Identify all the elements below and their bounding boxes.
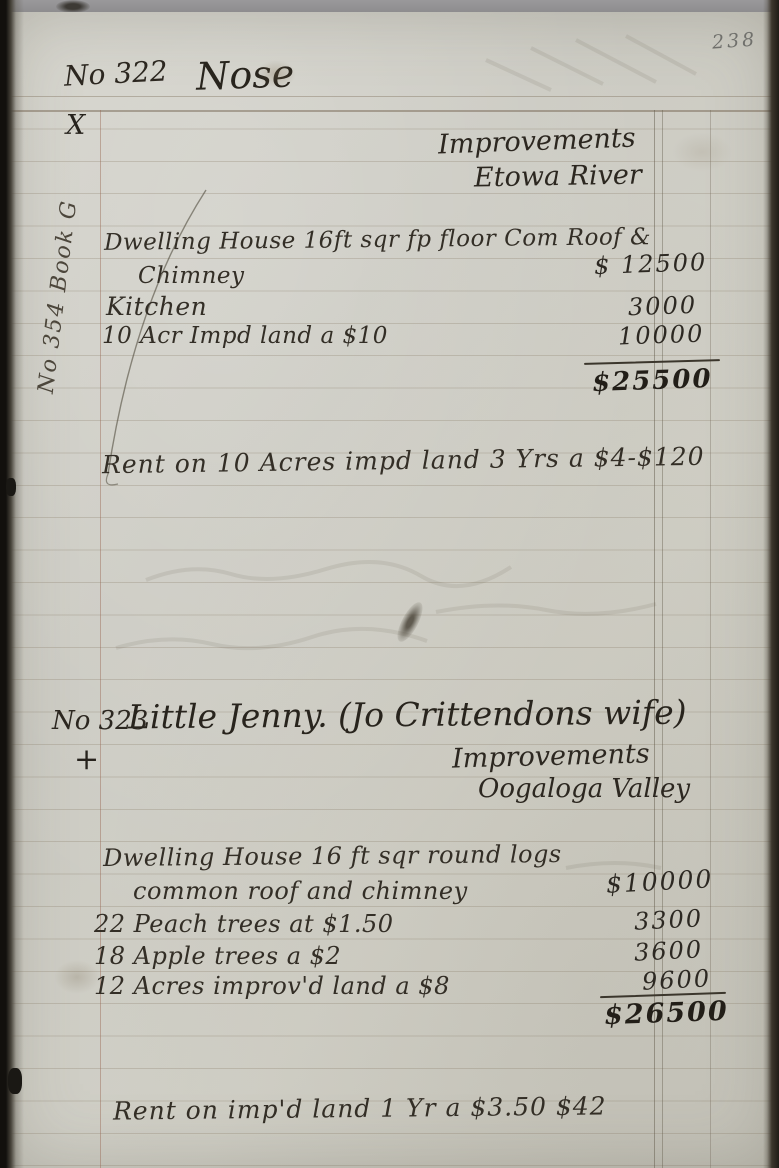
entry1-location: Etowa River: [474, 162, 642, 192]
entry1-item3-amount: 10000: [618, 322, 705, 349]
binding-notch-1: [8, 1068, 22, 1094]
entry2-item1-amount: $10000: [605, 866, 714, 897]
entry2-name: Little Jenny. (Jo Crittendons wife): [128, 696, 687, 734]
entry2-item4-amount: 9600: [641, 966, 711, 994]
entry1-item2-amount: 3000: [628, 293, 698, 319]
entry2-total: $26500: [604, 998, 730, 1029]
binding-notch-2: [6, 478, 16, 496]
entry2-item4-desc: 12 Acres improv'd land a $8: [94, 974, 450, 998]
entry2-item1-line1: Dwelling House 16 ft sqr round logs: [103, 842, 562, 870]
page-right-edge: [763, 0, 779, 1168]
entry1-item1-line2: Chimney: [138, 265, 245, 288]
entry2-item2-desc: 22 Peach trees at $1.50: [94, 912, 394, 936]
entry1-item3-desc: 10 Acr Impd land a $10: [102, 325, 388, 348]
entry1-item1-line1: Dwelling House 16ft sqr fp floor Com Roo…: [104, 226, 651, 255]
entry1-item2-desc: Kitchen: [106, 294, 207, 319]
entry1-heading: Improvements: [438, 125, 636, 159]
entry2-location: Oogaloga Valley: [478, 776, 690, 802]
entry1-total: $25500: [592, 366, 713, 396]
entry2-item1-line2: common roof and chimney: [133, 879, 468, 903]
entry2-rent-note: Rent on imp'd land 1 Yr a $3.50 $42: [113, 1093, 607, 1123]
entry1-check-mark: X: [66, 112, 85, 139]
binding-edge: [0, 0, 24, 1168]
entry2-item3-desc: 18 Apple trees a $2: [94, 944, 341, 968]
entry1-name: Nose: [195, 54, 294, 95]
ledger-scan: 238 No 354 Book G No 322 Nose X Improvem…: [0, 0, 779, 1168]
entry2-item2-amount: 3300: [633, 906, 703, 934]
entry2-item3-amount: 3600: [633, 937, 703, 965]
entry2-heading: Improvements: [452, 740, 650, 772]
page-number: 238: [711, 30, 757, 52]
entry2-check-mark: +: [74, 745, 99, 775]
entry1-number: No 322: [63, 57, 168, 90]
entry1-item1-amount: $ 12500: [594, 250, 708, 278]
ledger-page: 238 No 354 Book G No 322 Nose X Improvem…: [6, 12, 779, 1168]
